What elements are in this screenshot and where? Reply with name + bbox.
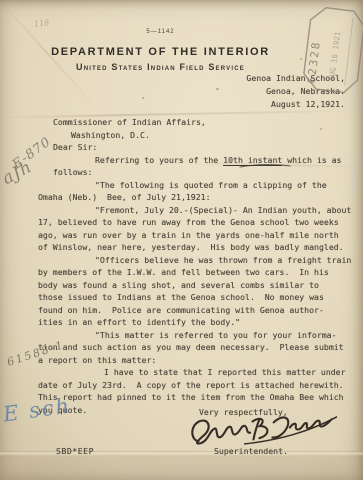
pen-mark [238, 162, 292, 170]
letter-line: Washington, D.C. [71, 129, 353, 142]
form-number: 5—1142 [0, 29, 321, 35]
scanned-letter-page: { "letterhead": { "form_number": "5—1142… [0, 0, 363, 480]
letter-line: This report had pinned to it the item fr… [38, 391, 353, 404]
letter-line: 17, believed to have run away from the G… [38, 216, 353, 229]
letter-date: August 12,1921. [246, 98, 345, 111]
letter-line: of Winslow, near here, yesterday. His bo… [38, 241, 353, 254]
letterhead-department: DEPARTMENT OF THE INTERIOR [0, 46, 321, 58]
received-stamp: 62328 AUG 16 1921 [300, 3, 363, 97]
letter-line: Omaha (Neb.) Bee, of July 21,1921: [38, 191, 353, 204]
letter-line: by members of the I.W.W. and fell betwee… [38, 266, 353, 279]
stamp-inner-line [345, 18, 353, 85]
signature-title: Superintendent. [214, 446, 288, 456]
letter-line: "The following is quoted from a clipping… [95, 179, 353, 192]
letter-line: tion and such action as you may deem nec… [38, 341, 353, 354]
paper-speck [142, 97, 144, 99]
letter-line: found on him. Police are communicating w… [38, 304, 353, 317]
letter-line: those issued to Indians at the Genoa sch… [38, 291, 353, 304]
letter-line: Referring to yours of the 10th instant w… [95, 154, 353, 167]
letter-line: ities in an effort to identify the body.… [38, 316, 353, 329]
letter-line: Commissioner of Indian Affairs, [53, 116, 353, 129]
letter-line: "Officers believe he was thrown from a f… [95, 254, 353, 267]
stamp-date: AUG 16 1921 [327, 31, 342, 81]
letter-line: date of July 23rd. A copy of the report … [38, 379, 353, 392]
letter-line: "This matter is referred to you for your… [95, 329, 353, 342]
letter-line: "Fremont, July 20.-(Special)- An Indian … [95, 204, 353, 217]
paper-bottom-fold [0, 451, 363, 480]
letter-line: Dear Sir: [53, 141, 353, 154]
letterhead-service: United States Indian Field Service [0, 62, 321, 72]
letter-line: I have to state that I reported this mat… [104, 366, 353, 379]
letter-line: a report on this matter: [38, 354, 353, 367]
letter-line: ago, was run over by a train in the yard… [38, 229, 353, 242]
letter-line: follows: [53, 166, 353, 179]
letter-line: body was found a sling shot, and several… [38, 279, 353, 292]
paper-speck [216, 88, 219, 90]
paper-speck [300, 58, 302, 60]
reference-initials: SBD*EEP [56, 446, 94, 456]
letter-body: Commissioner of Indian Affairs,Washingto… [38, 116, 353, 416]
